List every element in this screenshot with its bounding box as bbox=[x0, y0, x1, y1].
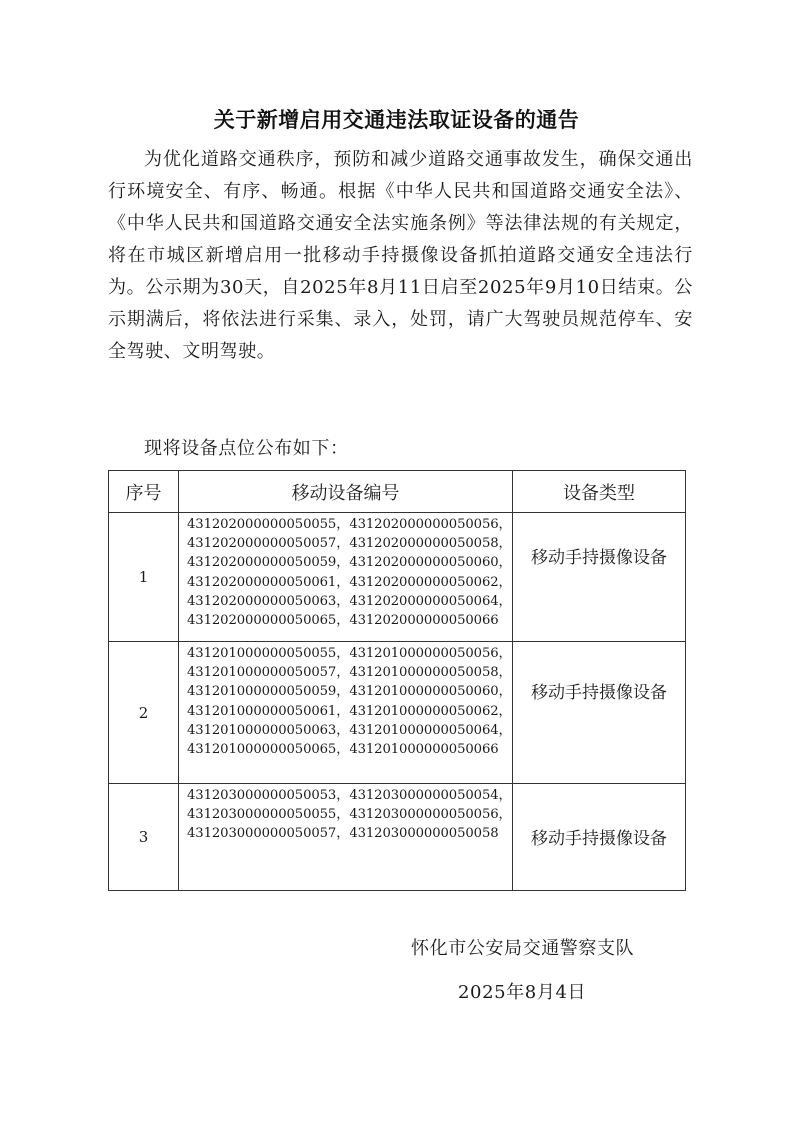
device-type-label: 移动手持摄像设备 bbox=[513, 543, 685, 568]
code-line: 431202000000050065，431202000000050066 bbox=[187, 611, 512, 630]
table-row: 1 431202000000050055，431202000000050056，… bbox=[109, 513, 686, 642]
device-type: 移动手持摄像设备 bbox=[512, 642, 685, 784]
code-line: 431201000000050059，431201000000050060， bbox=[187, 682, 512, 701]
code-line: 431202000000050055，431202000000050056， bbox=[187, 515, 512, 534]
device-codes: 431203000000050053，431203000000050054， 4… bbox=[179, 784, 513, 891]
header-device-code: 移动设备编号 bbox=[179, 471, 513, 513]
code-line: 431201000000050063，431201000000050064， bbox=[187, 721, 512, 740]
header-index: 序号 bbox=[109, 471, 179, 513]
signature-organization: 怀化市公安局交通警察支队 bbox=[411, 934, 634, 960]
notice-body: 为优化道路交通秩序，预防和减少道路交通事故发生，确保交通出行环境安全、有序、畅通… bbox=[108, 144, 693, 368]
device-type: 移动手持摄像设备 bbox=[512, 513, 685, 642]
header-device-type: 设备类型 bbox=[512, 471, 685, 513]
code-line: 431202000000050057，431202000000050058， bbox=[187, 534, 512, 553]
device-type: 移动手持摄像设备 bbox=[512, 784, 685, 891]
code-line: 431203000000050053，431203000000050054， bbox=[187, 786, 512, 805]
table-row: 2 431201000000050055，431201000000050056，… bbox=[109, 642, 686, 784]
code-line: 431201000000050057，431201000000050058， bbox=[187, 663, 512, 682]
document-title: 关于新增启用交通违法取证设备的通告 bbox=[0, 104, 793, 134]
device-type-label: 移动手持摄像设备 bbox=[513, 678, 685, 703]
row-index: 1 bbox=[109, 513, 179, 642]
code-line: 431201000000050055，431201000000050056， bbox=[187, 644, 512, 663]
intro-line: 现将设备点位公布如下： bbox=[144, 434, 349, 460]
row-index: 2 bbox=[109, 642, 179, 784]
row-index: 3 bbox=[109, 784, 179, 891]
code-line: 431202000000050061，431202000000050062， bbox=[187, 573, 512, 592]
code-line: 431203000000050057，431203000000050058 bbox=[187, 824, 512, 843]
signature-date: 2025年8月4日 bbox=[458, 978, 586, 1004]
code-line: 431203000000050055，431203000000050056， bbox=[187, 805, 512, 824]
code-line: 431202000000050063，431202000000050064， bbox=[187, 592, 512, 611]
code-line: 431201000000050065，431201000000050066 bbox=[187, 740, 512, 759]
device-codes: 431202000000050055，431202000000050056， 4… bbox=[179, 513, 513, 642]
notice-paragraph: 为优化道路交通秩序，预防和减少道路交通事故发生，确保交通出行环境安全、有序、畅通… bbox=[108, 144, 693, 368]
device-table: 序号 移动设备编号 设备类型 1 431202000000050055，4312… bbox=[108, 470, 686, 891]
table-header-row: 序号 移动设备编号 设备类型 bbox=[109, 471, 686, 513]
code-line: 431202000000050059，431202000000050060， bbox=[187, 553, 512, 572]
table-row: 3 431203000000050053，431203000000050054，… bbox=[109, 784, 686, 891]
code-line: 431201000000050061，431201000000050062， bbox=[187, 702, 512, 721]
device-type-label: 移动手持摄像设备 bbox=[513, 824, 685, 849]
device-codes: 431201000000050055，431201000000050056， 4… bbox=[179, 642, 513, 784]
